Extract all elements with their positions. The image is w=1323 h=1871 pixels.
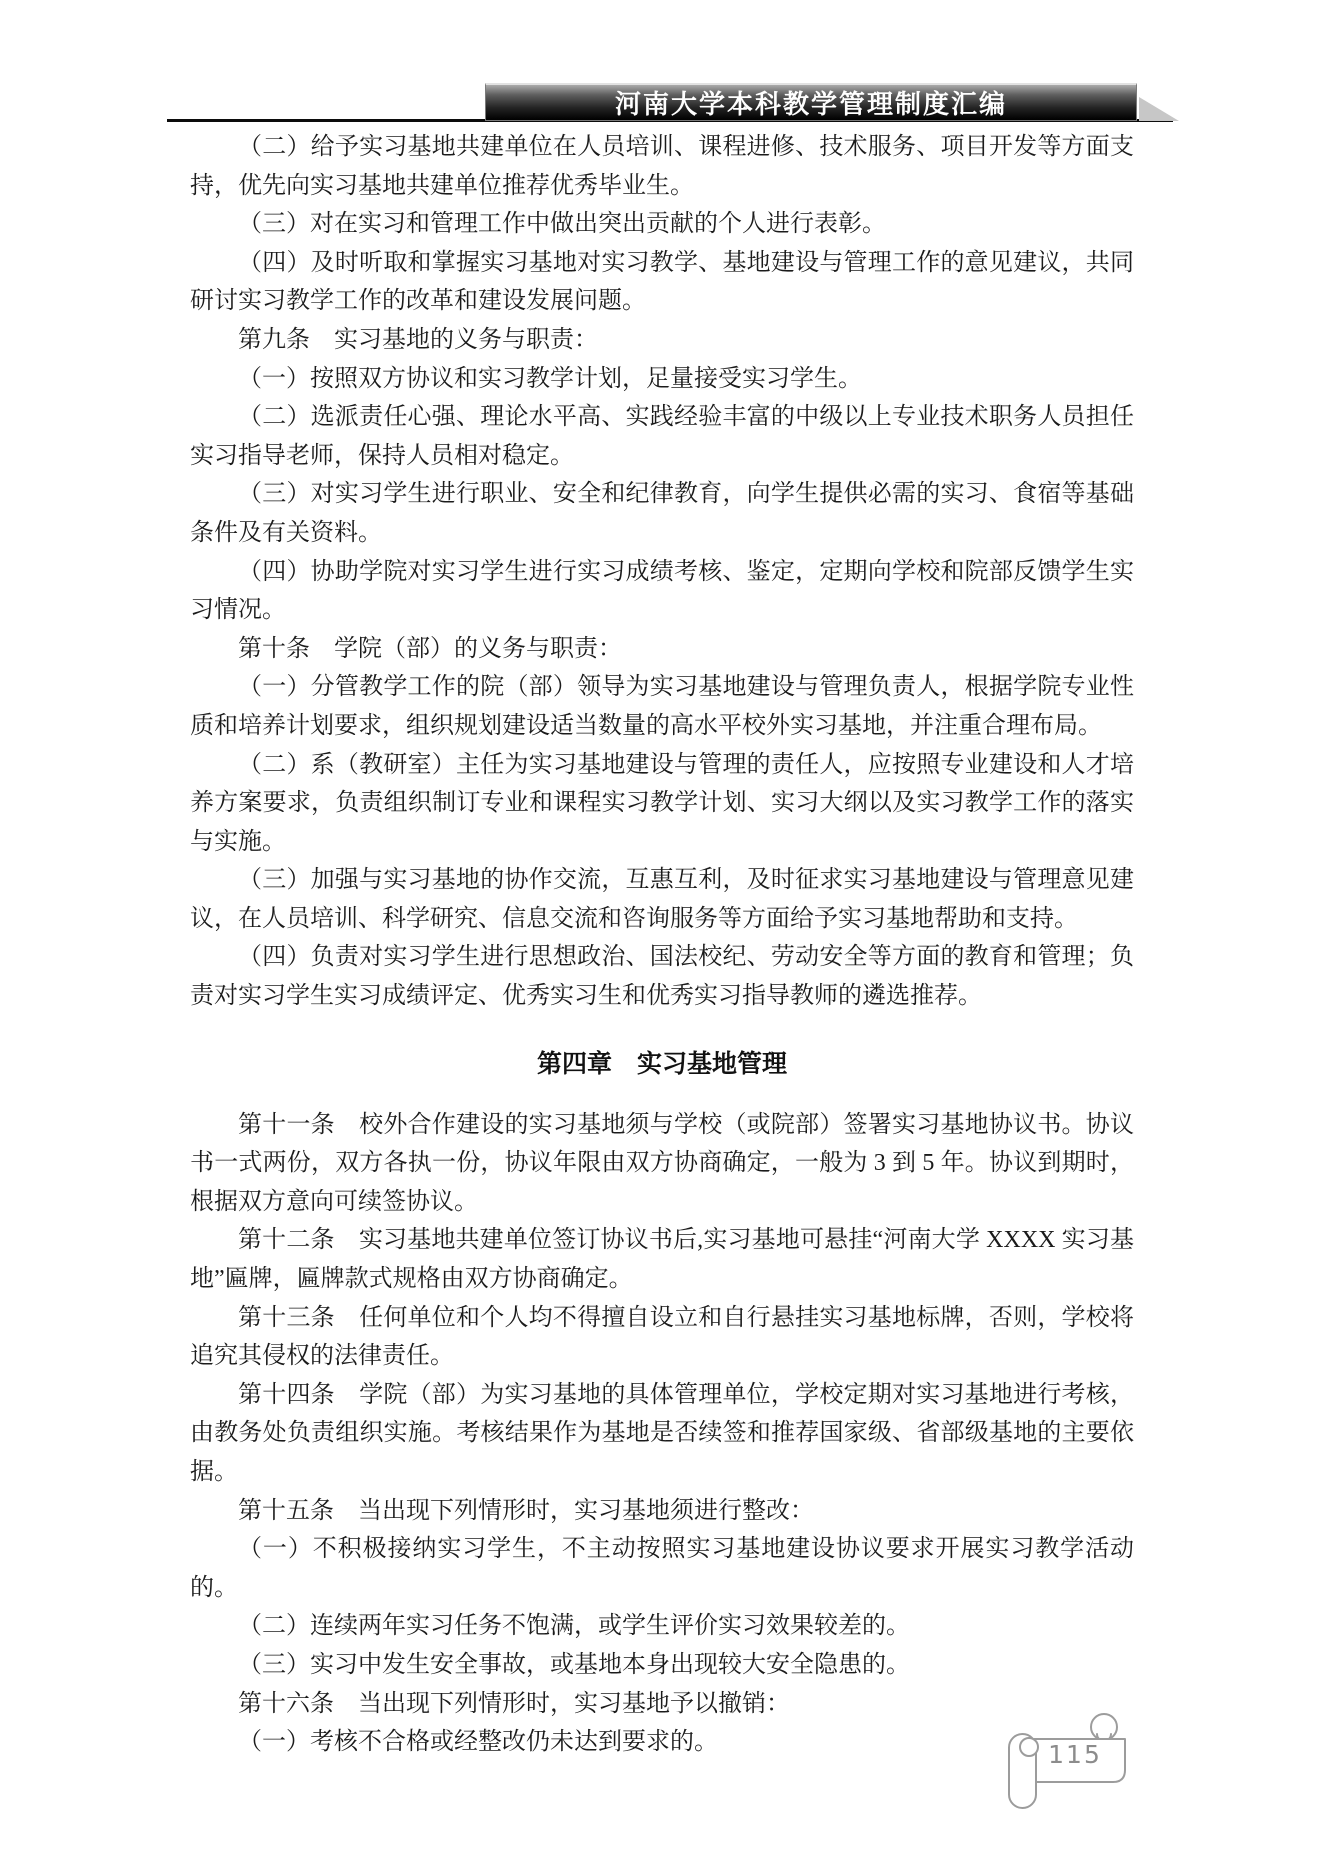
paragraph: （二）连续两年实习任务不饱满，或学生评价实习效果较差的。 — [190, 1607, 1134, 1646]
chapter-heading: 第四章 实习基地管理 — [190, 1044, 1134, 1084]
paragraph: （三）实习中发生安全事故，或基地本身出现较大安全隐患的。 — [190, 1646, 1134, 1685]
paragraph: （三）对在实习和管理工作中做出突出贡献的个人进行表彰。 — [190, 205, 1134, 244]
paragraph: （四）协助学院对实习学生进行实习成绩考核、鉴定，定期向学校和院部反馈学生实习情况… — [190, 553, 1134, 630]
paragraph: （一）不积极接纳实习学生，不主动按照实习基地建设协议要求开展实习教学活动的。 — [190, 1530, 1134, 1607]
paragraph: （三）加强与实习基地的协作交流，互惠互利，及时征求实习基地建设与管理意见建议，在… — [190, 861, 1134, 938]
paragraph: 第十二条 实习基地共建单位签订协议书后,实习基地可悬挂“河南大学 XXXX 实习… — [190, 1221, 1134, 1298]
header-banner-title: 河南大学本科教学管理制度汇编 — [615, 84, 1007, 121]
document-page: 河南大学本科教学管理制度汇编 （二）给予实习基地共建单位在人员培训、课程进修、技… — [0, 0, 1323, 1871]
paragraph: 第十四条 学院（部）为实习基地的具体管理单位，学校定期对实习基地进行考核，由教务… — [190, 1376, 1134, 1492]
paragraph: （三）对实习学生进行职业、安全和纪律教育，向学生提供必需的实习、食宿等基础条件及… — [190, 475, 1134, 552]
paragraph: （四）负责对实习学生进行思想政治、国法校纪、劳动安全等方面的教育和管理；负责对实… — [190, 938, 1134, 1015]
paragraph: 第十条 学院（部）的义务与职责： — [190, 630, 1134, 669]
page-number: 115 — [1033, 1740, 1117, 1769]
paragraph: 第十一条 校外合作建设的实习基地须与学校（或院部）签署实习基地协议书。协议书一式… — [190, 1106, 1134, 1222]
paragraph: 第十六条 当出现下列情形时，实习基地予以撤销： — [190, 1685, 1134, 1724]
paragraph: 第九条 实习基地的义务与职责： — [190, 321, 1134, 360]
paragraph: （一）按照双方协议和实习教学计划，足量接受实习学生。 — [190, 360, 1134, 399]
paragraph: （一）分管教学工作的院（部）领导为实习基地建设与管理负责人，根据学院专业性质和培… — [190, 668, 1134, 745]
paragraph: （一）考核不合格或经整改仍未达到要求的。 — [190, 1723, 1134, 1762]
banner-ribbon-icon — [1139, 97, 1179, 121]
header-banner: 河南大学本科教学管理制度汇编 — [485, 83, 1137, 121]
page-number-scroll-icon: 115 — [1003, 1710, 1135, 1814]
paragraph: （四）及时听取和掌握实习基地对实习教学、基地建设与管理工作的意见建议，共同研讨实… — [190, 244, 1134, 321]
paragraph: 第十三条 任何单位和个人均不得擅自设立和自行悬挂实习基地标牌，否则，学校将追究其… — [190, 1299, 1134, 1376]
document-body: （二）给予实习基地共建单位在人员培训、课程进修、技术服务、项目开发等方面支持，优… — [190, 128, 1134, 1762]
paragraph: （二）选派责任心强、理论水平高、实践经验丰富的中级以上专业技术职务人员担任实习指… — [190, 398, 1134, 475]
paragraph: 第十五条 当出现下列情形时，实习基地须进行整改： — [190, 1492, 1134, 1531]
paragraph: （二）系（教研室）主任为实习基地建设与管理的责任人，应按照专业建设和人才培养方案… — [190, 746, 1134, 862]
paragraph: （二）给予实习基地共建单位在人员培训、课程进修、技术服务、项目开发等方面支持，优… — [190, 128, 1134, 205]
